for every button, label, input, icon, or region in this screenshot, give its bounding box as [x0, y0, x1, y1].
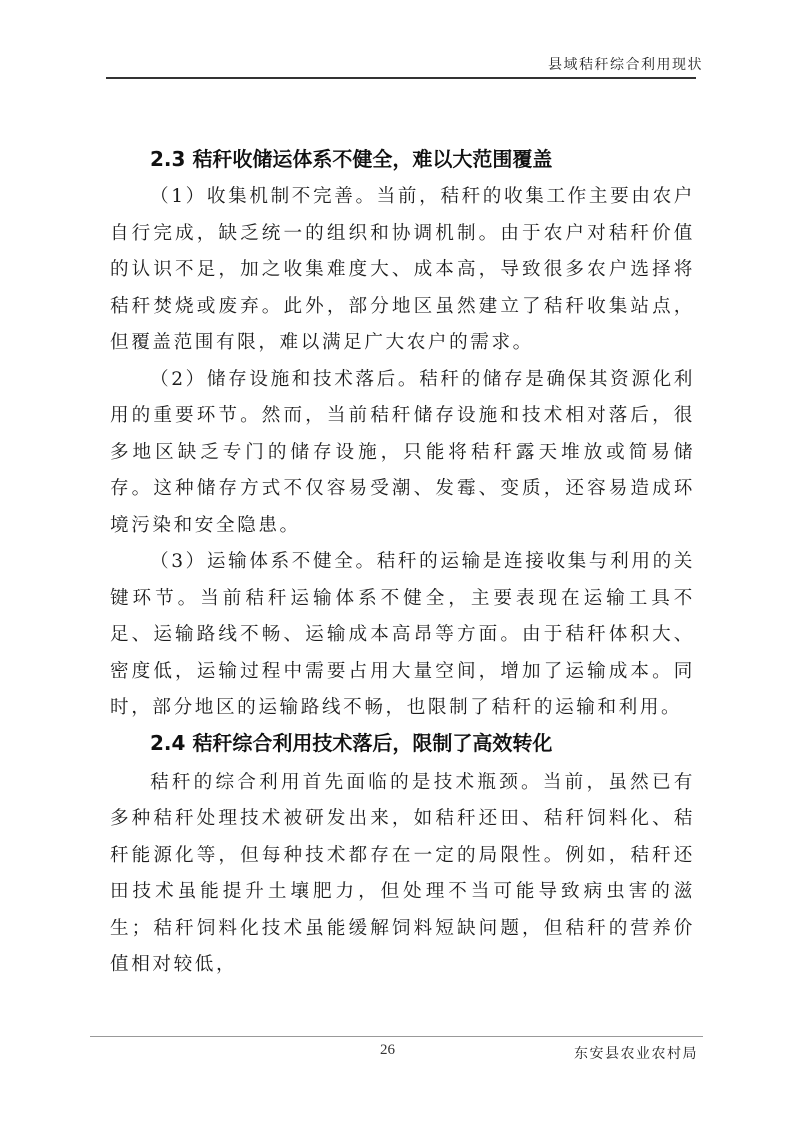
header-divider [106, 77, 696, 79]
footer-divider [90, 1036, 703, 1037]
footer-organization: 东安县农业农村局 [574, 1043, 698, 1063]
running-header-title: 县域秸秆综合利用现状 [548, 54, 703, 74]
paragraph-collection-mechanism: （1）收集机制不完善。当前，秸秆的收集工作主要由农户自行完成，缺乏统一的组织和协… [110, 179, 695, 362]
section-heading-2-3: 2.3 秸秆收储运体系不健全，难以大范围覆盖 [110, 143, 695, 179]
paragraph-technology-bottleneck: 秸秆的综合利用首先面临的是技术瓶颈。当前，虽然已有多种秸秆处理技术被研发出来，如… [110, 765, 695, 984]
paragraph-transport-system: （3）运输体系不健全。秸秆的运输是连接收集与利用的关键环节。当前秸秆运输体系不健… [110, 544, 695, 727]
page-number: 26 [380, 1042, 395, 1059]
section-heading-2-4: 2.4 秸秆综合利用技术落后，限制了高效转化 [110, 727, 695, 765]
page-body: 2.3 秸秆收储运体系不健全，难以大范围覆盖 （1）收集机制不完善。当前，秸秆的… [110, 143, 695, 984]
paragraph-storage-facilities: （2）储存设施和技术落后。秸秆的储存是确保其资源化利用的重要环节。然而，当前秸秆… [110, 362, 695, 545]
